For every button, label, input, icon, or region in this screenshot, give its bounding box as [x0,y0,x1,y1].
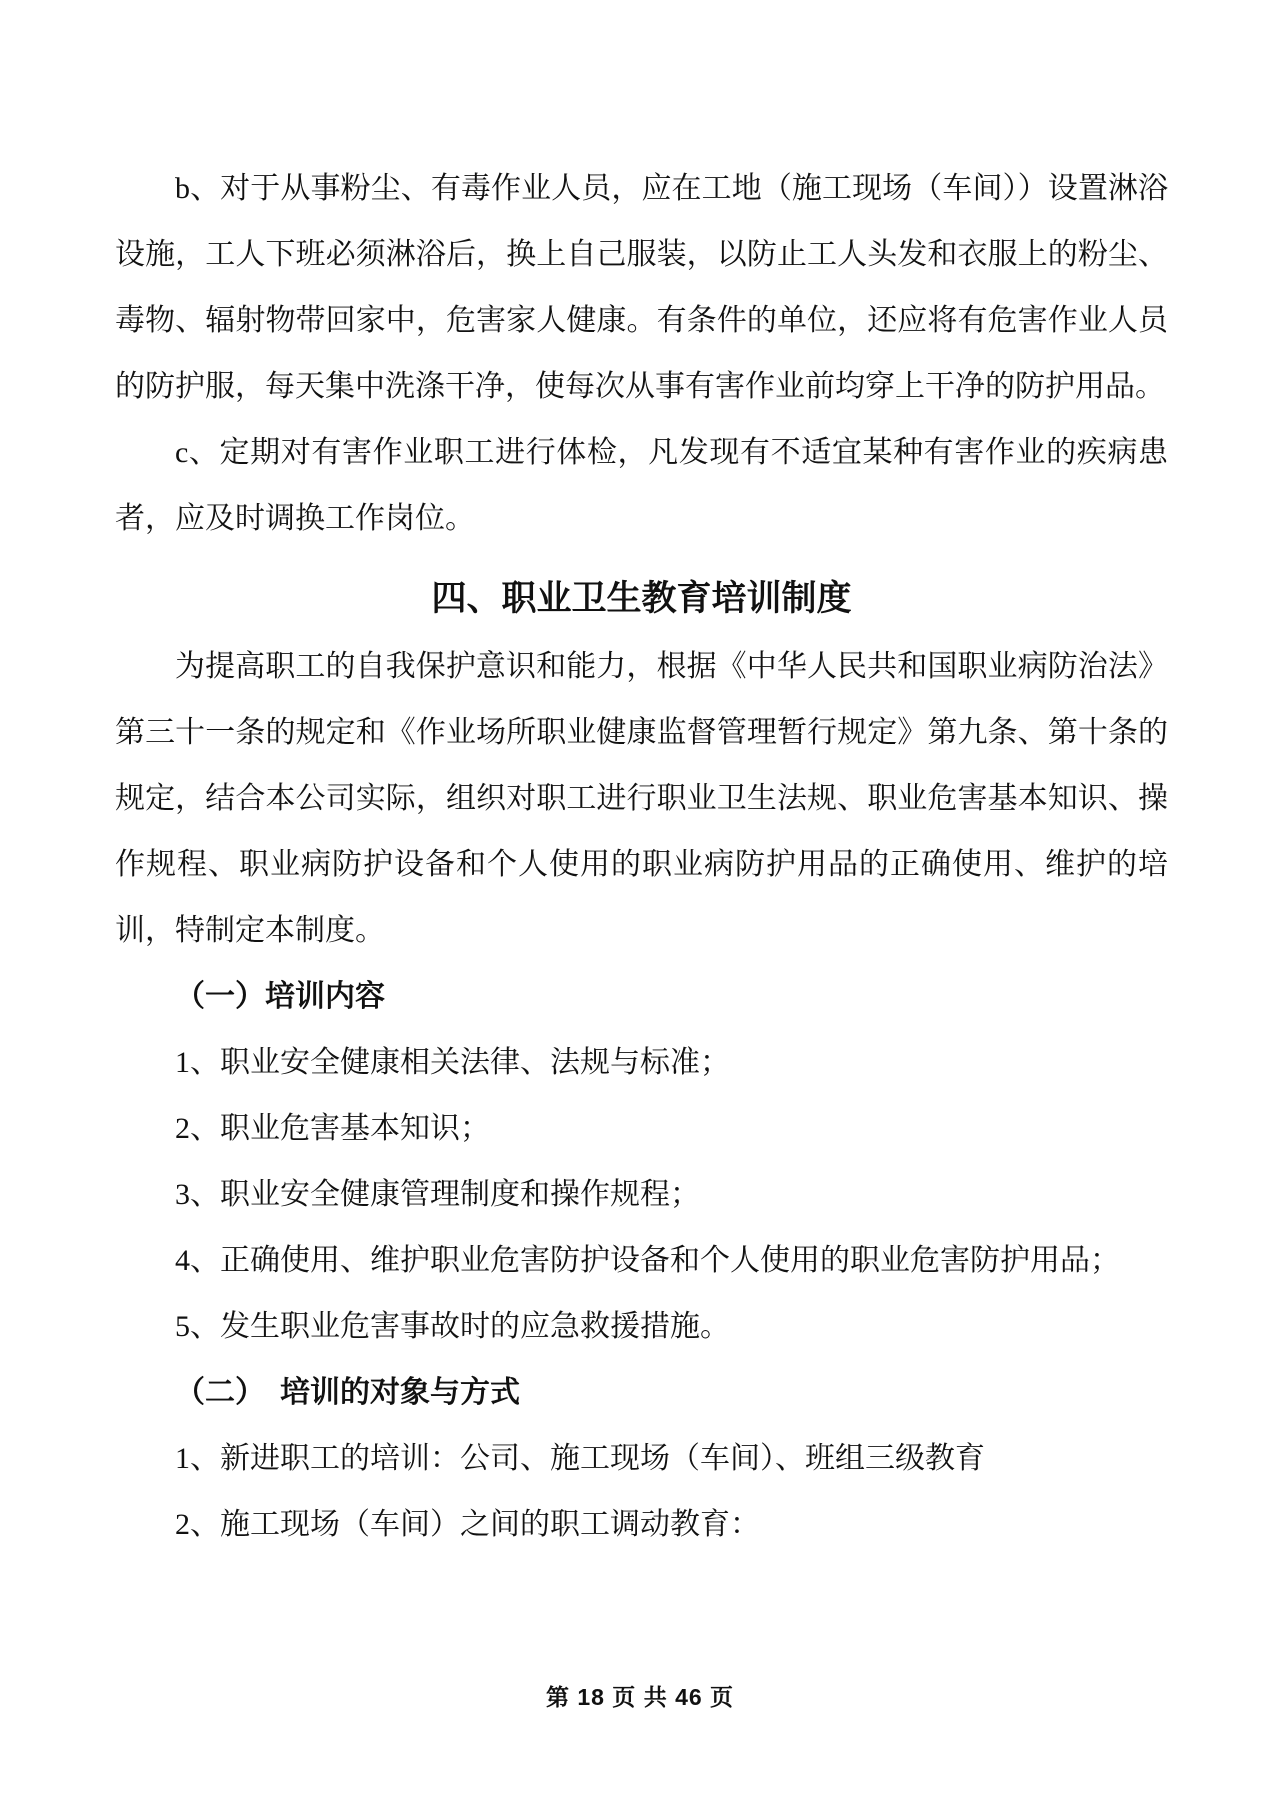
paragraph-b: b、对于从事粉尘、有毒作业人员，应在工地（施工现场（车间））设置淋浴设施，工人下… [115,156,1168,420]
paragraph-c: c、定期对有害作业职工进行体检，凡发现有不适宜某种有害作业的疾病患者，应及时调换… [115,420,1168,552]
list-item-1: 1、职业安全健康相关法律、法规与标准； [115,1030,1168,1096]
document-content: b、对于从事粉尘、有毒作业人员，应在工地（施工现场（车间））设置淋浴设施，工人下… [115,156,1168,1558]
page-footer: 第 18 页 共 46 页 [0,1679,1280,1712]
subsection-heading-1: （一）培训内容 [115,964,1168,1030]
list-item-2: 2、职业危害基本知识； [115,1096,1168,1162]
subsection-heading-2: （二） 培训的对象与方式 [115,1360,1168,1426]
list-item-new-worker: 1、新进职工的培训：公司、施工现场（车间）、班组三级教育 [115,1426,1168,1492]
list-item-4: 4、正确使用、维护职业危害防护设备和个人使用的职业危害防护用品； [115,1228,1168,1294]
paragraph-intro: 为提高职工的自我保护意识和能力，根据《中华人民共和国职业病防治法》第三十一条的规… [115,634,1168,964]
list-item-3: 3、职业安全健康管理制度和操作规程； [115,1162,1168,1228]
document-page: b、对于从事粉尘、有毒作业人员，应在工地（施工现场（车间））设置淋浴设施，工人下… [0,0,1280,1810]
section-heading: 四、职业卫生教育培训制度 [115,564,1168,634]
list-item-transfer: 2、施工现场（车间）之间的职工调动教育： [115,1492,1168,1558]
list-item-5: 5、发生职业危害事故时的应急救援措施。 [115,1294,1168,1360]
